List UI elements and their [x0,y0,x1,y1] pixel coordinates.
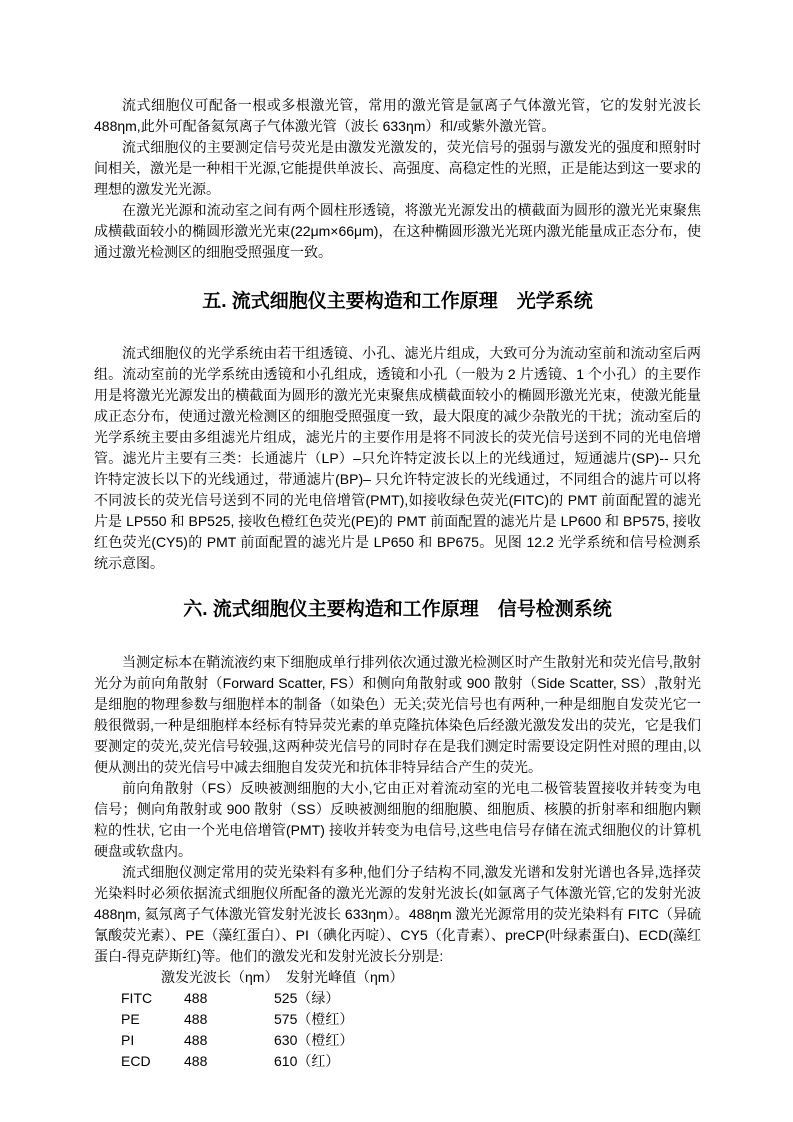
document-page: 流式细胞仪可配备一根或多根激光管，常用的激光管是氩离子气体激光管，它的发射光波长… [0,0,793,1122]
emission-column-header: 发射光峰值（ηm） [286,969,403,985]
dye-wavelength-table: 激发光波长（ηm）发射光峰值（ηm） FITC488525（绿） PE48857… [94,967,701,1072]
intro-paragraph-fluorescence-signal: 流式细胞仪的主要测定信号荧光是由激发光激发的，荧光信号的强弱与激发光的强度和照射… [94,137,701,200]
dye-name: FITC [121,988,184,1009]
table-row-ecd: ECD488610（红） [94,1051,701,1072]
emission-value: 525（绿） [274,990,339,1006]
section-heading-optical-system: 五. 流式细胞仪主要构造和工作原理 光学系统 [94,289,701,315]
dye-name: PE [121,1009,184,1030]
dye-name: PI [121,1030,184,1051]
excitation-value: 488 [184,1051,274,1072]
excitation-value: 488 [184,1030,274,1051]
signal-paragraph-fs-ss-detection: 前向角散射（FS）反映被测细胞的大小,它由正对着流动室的光电二极管装置接收并转变… [94,778,701,862]
dye-table-header-row: 激发光波长（ηm）发射光峰值（ηm） [94,967,701,988]
emission-value: 575（橙红） [274,1011,353,1027]
emission-value: 610（红） [274,1053,339,1069]
table-row-pe: PE488575（橙红） [94,1009,701,1030]
signal-paragraph-dye-selection: 流式细胞仪测定常用的荧光染料有多种,他们分子结构不同,激发光谱和发射光谱也各异,… [94,862,701,967]
table-row-pi: PI488630（橙红） [94,1030,701,1051]
section-heading-signal-detection: 六. 流式细胞仪主要构造和工作原理 信号检测系统 [94,597,701,623]
excitation-column-header: 激发光波长（ηm） [161,967,286,988]
table-row-fitc: FITC488525（绿） [94,988,701,1009]
signal-paragraph-scatter-and-fluorescence: 当测定标本在鞘流液约束下细胞成单行排列依次通过激光检测区时产生散射光和荧光信号,… [94,652,701,778]
excitation-value: 488 [184,988,274,1009]
intro-paragraph-cylindrical-lens: 在激光光源和流动室之间有两个圆柱形透镜，将激光光源发出的横截面为圆形的激光光束聚… [94,200,701,263]
emission-value: 630（橙红） [274,1032,353,1048]
excitation-value: 488 [184,1009,274,1030]
optical-system-paragraph: 流式细胞仪的光学系统由若干组透镜、小孔、滤光片组成，大致可分为流动室前和流动室后… [94,343,701,574]
dye-name: ECD [121,1051,184,1072]
intro-paragraph-laser-tubes: 流式细胞仪可配备一根或多根激光管，常用的激光管是氩离子气体激光管，它的发射光波长… [94,95,701,137]
